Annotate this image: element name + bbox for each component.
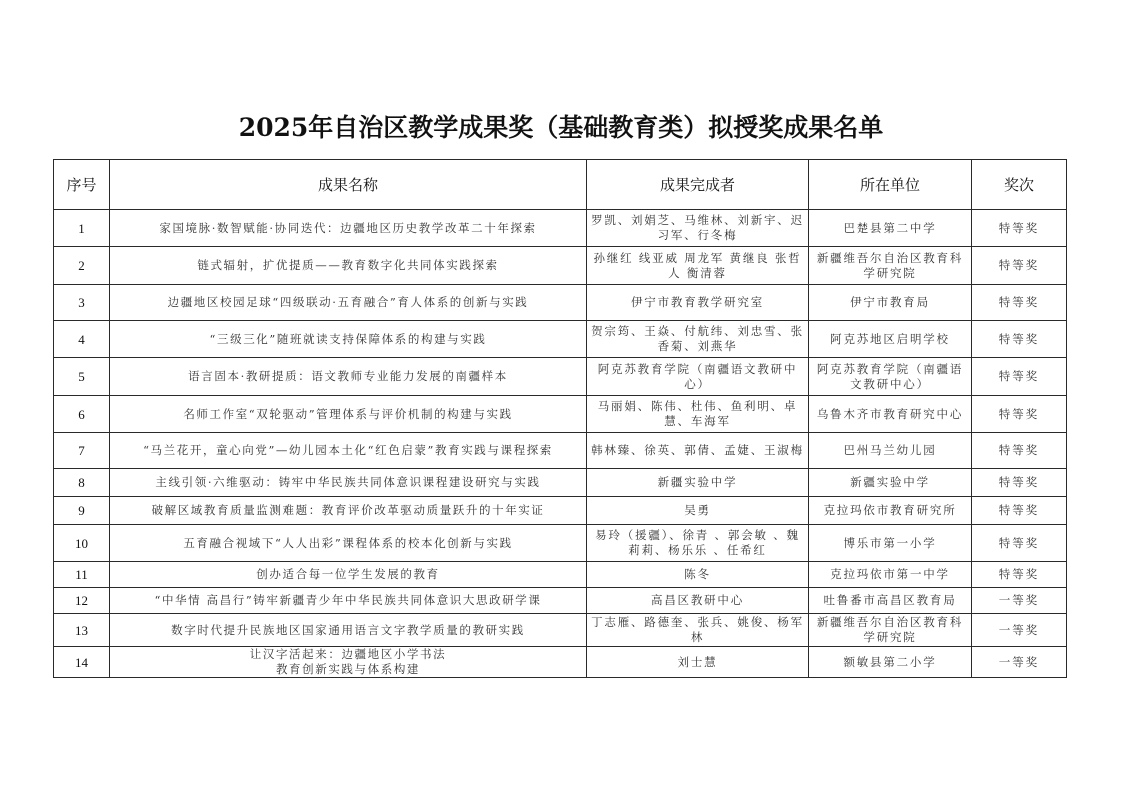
achievement-name: 创办适合每一位学生发展的教育: [110, 562, 587, 588]
completers: 丁志雁、路德奎、张兵、姚俊、杨军林: [587, 614, 809, 647]
row-number: 12: [54, 588, 110, 614]
unit: 博乐市第一小学: [809, 525, 972, 562]
award-level: 特等奖: [972, 210, 1067, 247]
row-number: 2: [54, 247, 110, 285]
unit: 伊宁市教育局: [809, 285, 972, 321]
achievement-name: 主线引领·六维驱动：铸牢中华民族共同体意识课程建设研究与实践: [110, 469, 587, 497]
table-row: 4 “三级三化”随班就读支持保障体系的构建与实践 贺宗筠、王焱、付航纬、刘忠雪、…: [54, 321, 1067, 358]
row-number: 13: [54, 614, 110, 647]
row-number: 14: [54, 647, 110, 678]
unit: 巴州马兰幼儿园: [809, 433, 972, 469]
table-row: 10 五育融合视域下“人人出彩”课程体系的校本化创新与实践 易玲（援疆）、徐青 …: [54, 525, 1067, 562]
unit: 阿克苏地区启明学校: [809, 321, 972, 358]
completers: 韩林臻、徐英、郭倩、孟婕、王淑梅: [587, 433, 809, 469]
table-row: 13 数字时代提升民族地区国家通用语言文字教学质量的教研实践 丁志雁、路德奎、张…: [54, 614, 1067, 647]
award-level: 一等奖: [972, 588, 1067, 614]
completers: 陈冬: [587, 562, 809, 588]
award-level: 特等奖: [972, 321, 1067, 358]
table-row: 6 名师工作室“双轮驱动”管理体系与评价机制的构建与实践 马丽娟、陈伟、杜伟、鱼…: [54, 396, 1067, 433]
unit: 乌鲁木齐市教育研究中心: [809, 396, 972, 433]
award-level: 特等奖: [972, 562, 1067, 588]
unit: 阿克苏教育学院（南疆语文教研中心）: [809, 358, 972, 396]
award-level: 特等奖: [972, 433, 1067, 469]
achievement-name: 链式辐射，扩优提质——教育数字化共同体实践探索: [110, 247, 587, 285]
award-level: 特等奖: [972, 358, 1067, 396]
achievement-name: “中华情 高昌行”铸牢新疆青少年中华民族共同体意识大思政研学课: [110, 588, 587, 614]
award-level: 特等奖: [972, 247, 1067, 285]
completers: 高昌区教研中心: [587, 588, 809, 614]
table-header-row: 序号 成果名称 成果完成者 所在单位 奖次: [54, 160, 1067, 210]
table-row: 8 主线引领·六维驱动：铸牢中华民族共同体意识课程建设研究与实践 新疆实验中学 …: [54, 469, 1067, 497]
achievement-name: 家国境脉·数智赋能·协同迭代：边疆地区历史教学改革二十年探索: [110, 210, 587, 247]
unit: 新疆维吾尔自治区教育科学研究院: [809, 614, 972, 647]
table-row: 11 创办适合每一位学生发展的教育 陈冬 克拉玛依市第一中学 特等奖: [54, 562, 1067, 588]
achievement-name: 名师工作室“双轮驱动”管理体系与评价机制的构建与实践: [110, 396, 587, 433]
achievement-name: 让汉字活起来：边疆地区小学书法 教育创新实践与体系构建: [110, 647, 587, 678]
table-row: 9 破解区域教育质量监测难题：教育评价改革驱动质量跃升的十年实证 吴勇 克拉玛依…: [54, 497, 1067, 525]
completers: 易玲（援疆）、徐青 、郭会敏 、魏莉莉、杨乐乐 、任希红: [587, 525, 809, 562]
completers: 贺宗筠、王焱、付航纬、刘忠雪、张香菊、刘燕华: [587, 321, 809, 358]
table-row: 14 让汉字活起来：边疆地区小学书法 教育创新实践与体系构建 刘士慧 额敏县第二…: [54, 647, 1067, 678]
unit: 克拉玛依市教育研究所: [809, 497, 972, 525]
award-level: 特等奖: [972, 285, 1067, 321]
award-level: 一等奖: [972, 614, 1067, 647]
header-unit: 所在单位: [809, 160, 972, 210]
achievement-name: 五育融合视域下“人人出彩”课程体系的校本化创新与实践: [110, 525, 587, 562]
completers: 孙继红 线亚威 周龙军 黄继良 张哲人 衡清蓉: [587, 247, 809, 285]
unit: 巴楚县第二中学: [809, 210, 972, 247]
completers: 刘士慧: [587, 647, 809, 678]
row-number: 10: [54, 525, 110, 562]
award-level: 特等奖: [972, 497, 1067, 525]
award-level: 特等奖: [972, 525, 1067, 562]
achievement-name: “三级三化”随班就读支持保障体系的构建与实践: [110, 321, 587, 358]
header-award-level: 奖次: [972, 160, 1067, 210]
achievement-name: 语言固本·教研提质：语文教师专业能力发展的南疆样本: [110, 358, 587, 396]
row-number: 4: [54, 321, 110, 358]
header-serial-number: 序号: [54, 160, 110, 210]
unit: 新疆维吾尔自治区教育科学研究院: [809, 247, 972, 285]
row-number: 8: [54, 469, 110, 497]
achievement-name: 边疆地区校园足球“四级联动·五育融合”育人体系的创新与实践: [110, 285, 587, 321]
achievement-name: 破解区域教育质量监测难题：教育评价改革驱动质量跃升的十年实证: [110, 497, 587, 525]
unit: 吐鲁番市高昌区教育局: [809, 588, 972, 614]
completers: 伊宁市教育教学研究室: [587, 285, 809, 321]
table-row: 7 “马兰花开，童心向党”—幼儿园本土化“红色启蒙”教育实践与课程探索 韩林臻、…: [54, 433, 1067, 469]
row-number: 6: [54, 396, 110, 433]
table-row: 3 边疆地区校园足球“四级联动·五育融合”育人体系的创新与实践 伊宁市教育教学研…: [54, 285, 1067, 321]
award-level: 一等奖: [972, 647, 1067, 678]
achievement-name: 数字时代提升民族地区国家通用语言文字教学质量的教研实践: [110, 614, 587, 647]
row-number: 9: [54, 497, 110, 525]
header-completers: 成果完成者: [587, 160, 809, 210]
row-number: 3: [54, 285, 110, 321]
completers: 阿克苏教育学院（南疆语文教研中心）: [587, 358, 809, 396]
row-number: 11: [54, 562, 110, 588]
row-number: 7: [54, 433, 110, 469]
row-number: 5: [54, 358, 110, 396]
table-row: 5 语言固本·教研提质：语文教师专业能力发展的南疆样本 阿克苏教育学院（南疆语文…: [54, 358, 1067, 396]
table-row: 2 链式辐射，扩优提质——教育数字化共同体实践探索 孙继红 线亚威 周龙军 黄继…: [54, 247, 1067, 285]
unit: 额敏县第二小学: [809, 647, 972, 678]
header-achievement-name: 成果名称: [110, 160, 587, 210]
table-row: 1 家国境脉·数智赋能·协同迭代：边疆地区历史教学改革二十年探索 罗凯、刘娟芝、…: [54, 210, 1067, 247]
completers: 新疆实验中学: [587, 469, 809, 497]
completers: 吴勇: [587, 497, 809, 525]
completers: 罗凯、刘娟芝、马维林、刘新宇、迟习军、行冬梅: [587, 210, 809, 247]
unit: 新疆实验中学: [809, 469, 972, 497]
awards-table: 序号 成果名称 成果完成者 所在单位 奖次 1 家国境脉·数智赋能·协同迭代：边…: [53, 159, 1067, 678]
completers: 马丽娟、陈伟、杜伟、鱼利明、卓慧、车海军: [587, 396, 809, 433]
achievement-name: “马兰花开，童心向党”—幼儿园本土化“红色启蒙”教育实践与课程探索: [110, 433, 587, 469]
award-level: 特等奖: [972, 396, 1067, 433]
row-number: 1: [54, 210, 110, 247]
award-level: 特等奖: [972, 469, 1067, 497]
table-row: 12 “中华情 高昌行”铸牢新疆青少年中华民族共同体意识大思政研学课 高昌区教研…: [54, 588, 1067, 614]
unit: 克拉玛依市第一中学: [809, 562, 972, 588]
document-title: 2025年自治区教学成果奖（基础教育类）拟授奖成果名单: [0, 108, 1122, 144]
